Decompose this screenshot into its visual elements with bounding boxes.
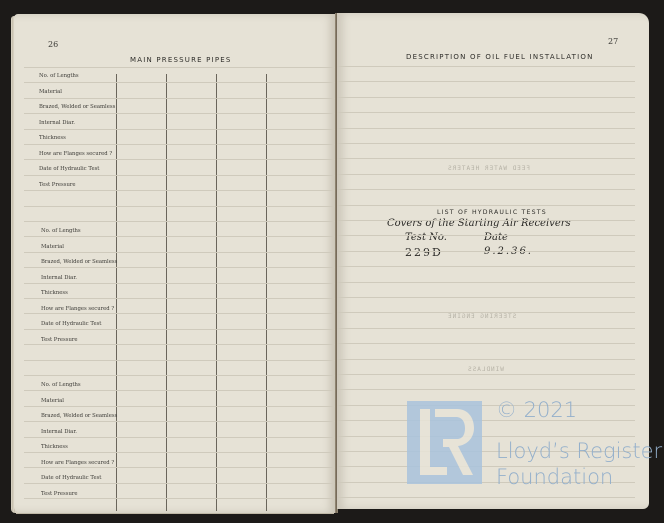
field-label: No. of Lengths bbox=[39, 73, 79, 79]
open-logbook: 26 MAIN PRESSURE PIPES No. of LengthsMat… bbox=[0, 0, 664, 523]
ruled-line bbox=[337, 66, 635, 67]
field-label: Date of Hydraulic Test bbox=[39, 166, 99, 172]
ruled-line bbox=[24, 206, 336, 207]
lr-logo-icon bbox=[407, 401, 482, 484]
left-page: 26 MAIN PRESSURE PIPES No. of LengthsMat… bbox=[14, 14, 336, 513]
field-label: Thickness bbox=[39, 135, 66, 141]
page-number: 27 bbox=[608, 37, 618, 46]
lr-logo bbox=[407, 401, 482, 484]
ruled-line bbox=[24, 452, 336, 453]
ruled-line bbox=[24, 313, 336, 314]
ruled-line bbox=[24, 437, 336, 438]
ruled-line bbox=[24, 344, 336, 345]
ruled-line bbox=[337, 405, 635, 406]
watermark-line2: Foundation bbox=[496, 465, 613, 489]
ruled-line bbox=[24, 390, 336, 391]
field-label: No. of Lengths bbox=[41, 228, 81, 234]
field-label: How are Flanges secured ? bbox=[41, 460, 114, 466]
bleed-through-text: WINDLASS bbox=[467, 366, 504, 373]
watermark-line1: Lloyd’s Register bbox=[496, 439, 662, 463]
ruled-line bbox=[337, 312, 635, 313]
field-label: Date of Hydraulic Test bbox=[41, 475, 101, 481]
ruled-line bbox=[24, 298, 336, 299]
field-label: Material bbox=[41, 398, 64, 404]
ruled-line bbox=[337, 359, 635, 360]
field-label: Internal Diar. bbox=[41, 429, 77, 435]
ruled-line bbox=[337, 143, 635, 144]
ruled-line bbox=[337, 128, 635, 129]
ruled-line bbox=[337, 266, 635, 267]
ruled-line bbox=[337, 374, 635, 375]
field-label: Test Pressure bbox=[39, 182, 76, 188]
ruled-line bbox=[24, 267, 336, 268]
ruled-line bbox=[24, 483, 336, 484]
page-title: MAIN PRESSURE PIPES bbox=[130, 56, 232, 64]
ruled-line bbox=[24, 129, 336, 130]
ruled-line bbox=[24, 252, 336, 253]
ruled-line bbox=[24, 375, 336, 376]
ruled-line bbox=[24, 144, 336, 145]
ruled-line bbox=[337, 436, 635, 437]
field-label: Internal Diar. bbox=[41, 275, 77, 281]
page-title: DESCRIPTION OF OIL FUEL INSTALLATION bbox=[406, 53, 594, 61]
field-label: Thickness bbox=[41, 444, 68, 450]
ruled-line bbox=[24, 67, 336, 68]
ruled-line bbox=[24, 283, 336, 284]
ruled-line bbox=[337, 497, 635, 498]
ruled-line bbox=[337, 112, 635, 113]
ruled-line bbox=[337, 97, 635, 98]
ruled-line bbox=[337, 189, 635, 190]
ruled-line bbox=[24, 360, 336, 361]
ruled-line bbox=[337, 389, 635, 390]
ruled-line bbox=[24, 175, 336, 176]
field-label: Test Pressure bbox=[41, 491, 78, 497]
field-label: Brazed, Welded or Seamless bbox=[41, 413, 117, 419]
ruled-line bbox=[24, 467, 336, 468]
ruled-line bbox=[337, 158, 635, 159]
ruled-line bbox=[24, 159, 336, 160]
ruled-line bbox=[337, 343, 635, 344]
ruled-line bbox=[337, 81, 635, 82]
column-divider bbox=[216, 74, 217, 511]
ruled-line bbox=[24, 498, 336, 499]
field-label: Internal Diar. bbox=[39, 120, 75, 126]
bleed-through-text: STEERING ENGINE bbox=[447, 313, 516, 320]
ruled-line bbox=[24, 406, 336, 407]
column-divider bbox=[166, 74, 167, 511]
ruled-line bbox=[24, 236, 336, 237]
column-header-test-no: Test No. bbox=[405, 232, 447, 243]
field-label: How are Flanges secured ? bbox=[39, 151, 112, 157]
field-label: Thickness bbox=[41, 290, 68, 296]
field-label: Material bbox=[39, 89, 62, 95]
ruled-line bbox=[337, 328, 635, 329]
ruled-line bbox=[337, 220, 635, 221]
ruled-line bbox=[337, 205, 635, 206]
ruled-line bbox=[337, 235, 635, 236]
column-header-date: Date bbox=[484, 232, 508, 243]
field-label: Test Pressure bbox=[41, 337, 78, 343]
test-number: 229D bbox=[405, 246, 443, 259]
ruled-line bbox=[24, 190, 336, 191]
watermark-copyright: © 2021 bbox=[496, 398, 577, 422]
ruled-line bbox=[337, 174, 635, 175]
ruled-line bbox=[337, 297, 635, 298]
ruled-line bbox=[24, 329, 336, 330]
ruled-line bbox=[24, 82, 336, 83]
ruled-line bbox=[337, 282, 635, 283]
ruled-line bbox=[24, 98, 336, 99]
bleed-through-text: FEED WATER HEATERS bbox=[447, 165, 530, 172]
right-page: 27 DESCRIPTION OF OIL FUEL INSTALLATION … bbox=[337, 13, 649, 509]
ruled-line bbox=[337, 420, 635, 421]
ruled-line bbox=[337, 251, 635, 252]
field-label: Brazed, Welded or Seamless bbox=[39, 104, 115, 110]
ruled-line bbox=[24, 113, 336, 114]
field-label: Date of Hydraulic Test bbox=[41, 321, 101, 327]
column-divider bbox=[266, 74, 267, 511]
field-label: No. of Lengths bbox=[41, 382, 81, 388]
column-divider bbox=[116, 74, 117, 511]
page-number: 26 bbox=[48, 40, 58, 49]
ruled-line bbox=[24, 221, 336, 222]
field-label: Brazed, Welded or Seamless bbox=[41, 259, 117, 265]
ruled-line bbox=[24, 421, 336, 422]
field-label: How are Flanges secured ? bbox=[41, 306, 114, 312]
section-title: LIST OF HYDRAULIC TESTS bbox=[437, 209, 547, 216]
field-label: Material bbox=[41, 244, 64, 250]
